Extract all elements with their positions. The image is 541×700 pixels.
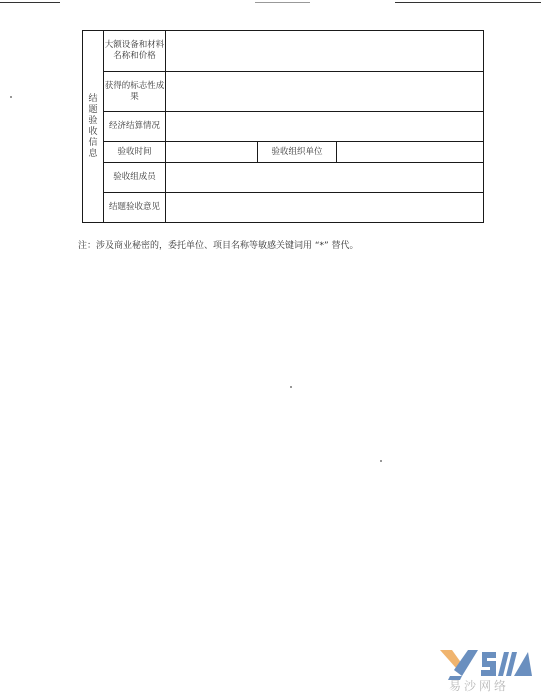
- scan-edge-line: [0, 2, 60, 3]
- achievements-value-cell[interactable]: [166, 72, 484, 112]
- table-row: 经济结算情况: [83, 112, 484, 142]
- scan-speck: [290, 386, 292, 388]
- table-row: 获得的标志性成果: [83, 72, 484, 112]
- acceptance-info-table: 结题验收信息 大额设备和材料名称和价格 获得的标志性成果 经济结算情况 验收时间…: [82, 30, 484, 223]
- table-row: 验收组成员: [83, 163, 484, 193]
- table-row: 结题验收信息 大额设备和材料名称和价格: [83, 31, 484, 72]
- row-label: 验收时间: [104, 142, 166, 163]
- table-row: 验收时间 验收组织单位: [83, 142, 484, 163]
- scan-edge-line: [395, 2, 541, 3]
- row-label: 结题验收意见: [104, 193, 166, 223]
- table-row: 结题验收意见: [83, 193, 484, 223]
- footnote: 注：涉及商业秘密的，委托单位、项目名称等敏感关键词用 “*” 替代。: [78, 238, 359, 251]
- equipment-value-cell[interactable]: [166, 31, 484, 72]
- settlement-value-cell[interactable]: [166, 112, 484, 142]
- members-value-cell[interactable]: [166, 163, 484, 193]
- watermark-subtitle: 易沙网络: [449, 677, 509, 694]
- section-label-cell: 结题验收信息: [83, 31, 104, 223]
- organizer-value-cell[interactable]: [337, 142, 484, 163]
- acceptance-time-value-cell[interactable]: [166, 142, 258, 163]
- opinion-value-cell[interactable]: [166, 193, 484, 223]
- scan-speck: [10, 96, 12, 98]
- scan-edge-line: [255, 2, 310, 3]
- row-label: 经济结算情况: [104, 112, 166, 142]
- row-label: 验收组织单位: [258, 142, 337, 163]
- row-label: 验收组成员: [104, 163, 166, 193]
- row-label: 获得的标志性成果: [104, 72, 166, 112]
- row-label: 大额设备和材料名称和价格: [104, 31, 166, 72]
- scan-speck: [380, 460, 382, 462]
- section-label: 结题验收信息: [88, 94, 98, 160]
